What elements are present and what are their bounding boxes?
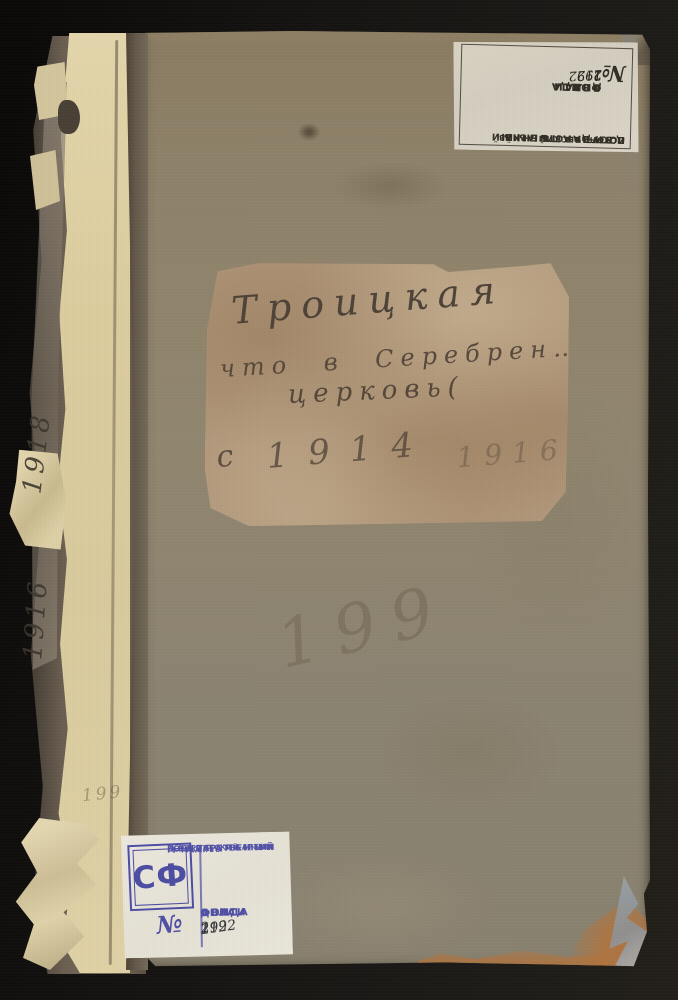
sf-stamp-box: СФ bbox=[127, 842, 194, 911]
title-date-end: 1916 bbox=[455, 433, 569, 475]
archive-org-name: ЦЕНТРАЛЬНЫЙ ГОСУДАРСТВЕННЫЙ ИСТОРИЧЕСКИЙ… bbox=[455, 141, 625, 145]
cover-stain bbox=[298, 123, 320, 141]
handwritten-title-label: Троицкая что в Серебрен… церковь( с 1914… bbox=[203, 260, 571, 526]
archive-stamp-label-bottom: СФ ЦЕНТРАЛЬНЫЙ ГОСУДАРСТВЕННЫЙ ИСТОРИЧЕС… bbox=[121, 832, 293, 959]
spine-paper-patch bbox=[30, 150, 60, 210]
stamp-border-box: ЦЕНТРАЛЬНЫЙ ГОСУДАРСТВЕННЫЙ ИСТОРИЧЕСКИЙ… bbox=[459, 44, 634, 149]
photo-backdrop: Троицкая что в Серебрен… церковь( с 1914… bbox=[0, 0, 678, 1000]
title-line-1: Троицкая bbox=[230, 267, 507, 332]
title-date-start: 1914 bbox=[265, 424, 434, 477]
archive-stamp-label-top: ЦЕНТРАЛЬНЫЙ ГОСУДАРСТВЕННЫЙ ИСТОРИЧЕСКИЙ… bbox=[451, 38, 642, 155]
sf-mark: СФ bbox=[132, 857, 190, 897]
sf-stamp-inner-border: СФ bbox=[132, 848, 188, 906]
cover-stain bbox=[380, 691, 560, 811]
stamp-reference-rows: ФОНДА 2122 ОПИСИ 2 ДЕЛА 199 bbox=[467, 92, 601, 96]
numero-symbol: № bbox=[601, 59, 626, 86]
cover-stain bbox=[260, 851, 500, 961]
org-line: г. Москвы bbox=[573, 134, 625, 144]
cover-stain bbox=[330, 161, 450, 211]
numero-symbol: № bbox=[155, 909, 184, 940]
cover-top-edge bbox=[140, 31, 650, 43]
stamp-reference-rows: ФОНДА 2122 ОПИСИ 2 ДЕЛА 199 bbox=[200, 904, 284, 905]
title-date-prefix: с bbox=[215, 439, 236, 476]
spine-stain bbox=[58, 100, 80, 134]
title-line-3: церковь( bbox=[287, 372, 465, 410]
